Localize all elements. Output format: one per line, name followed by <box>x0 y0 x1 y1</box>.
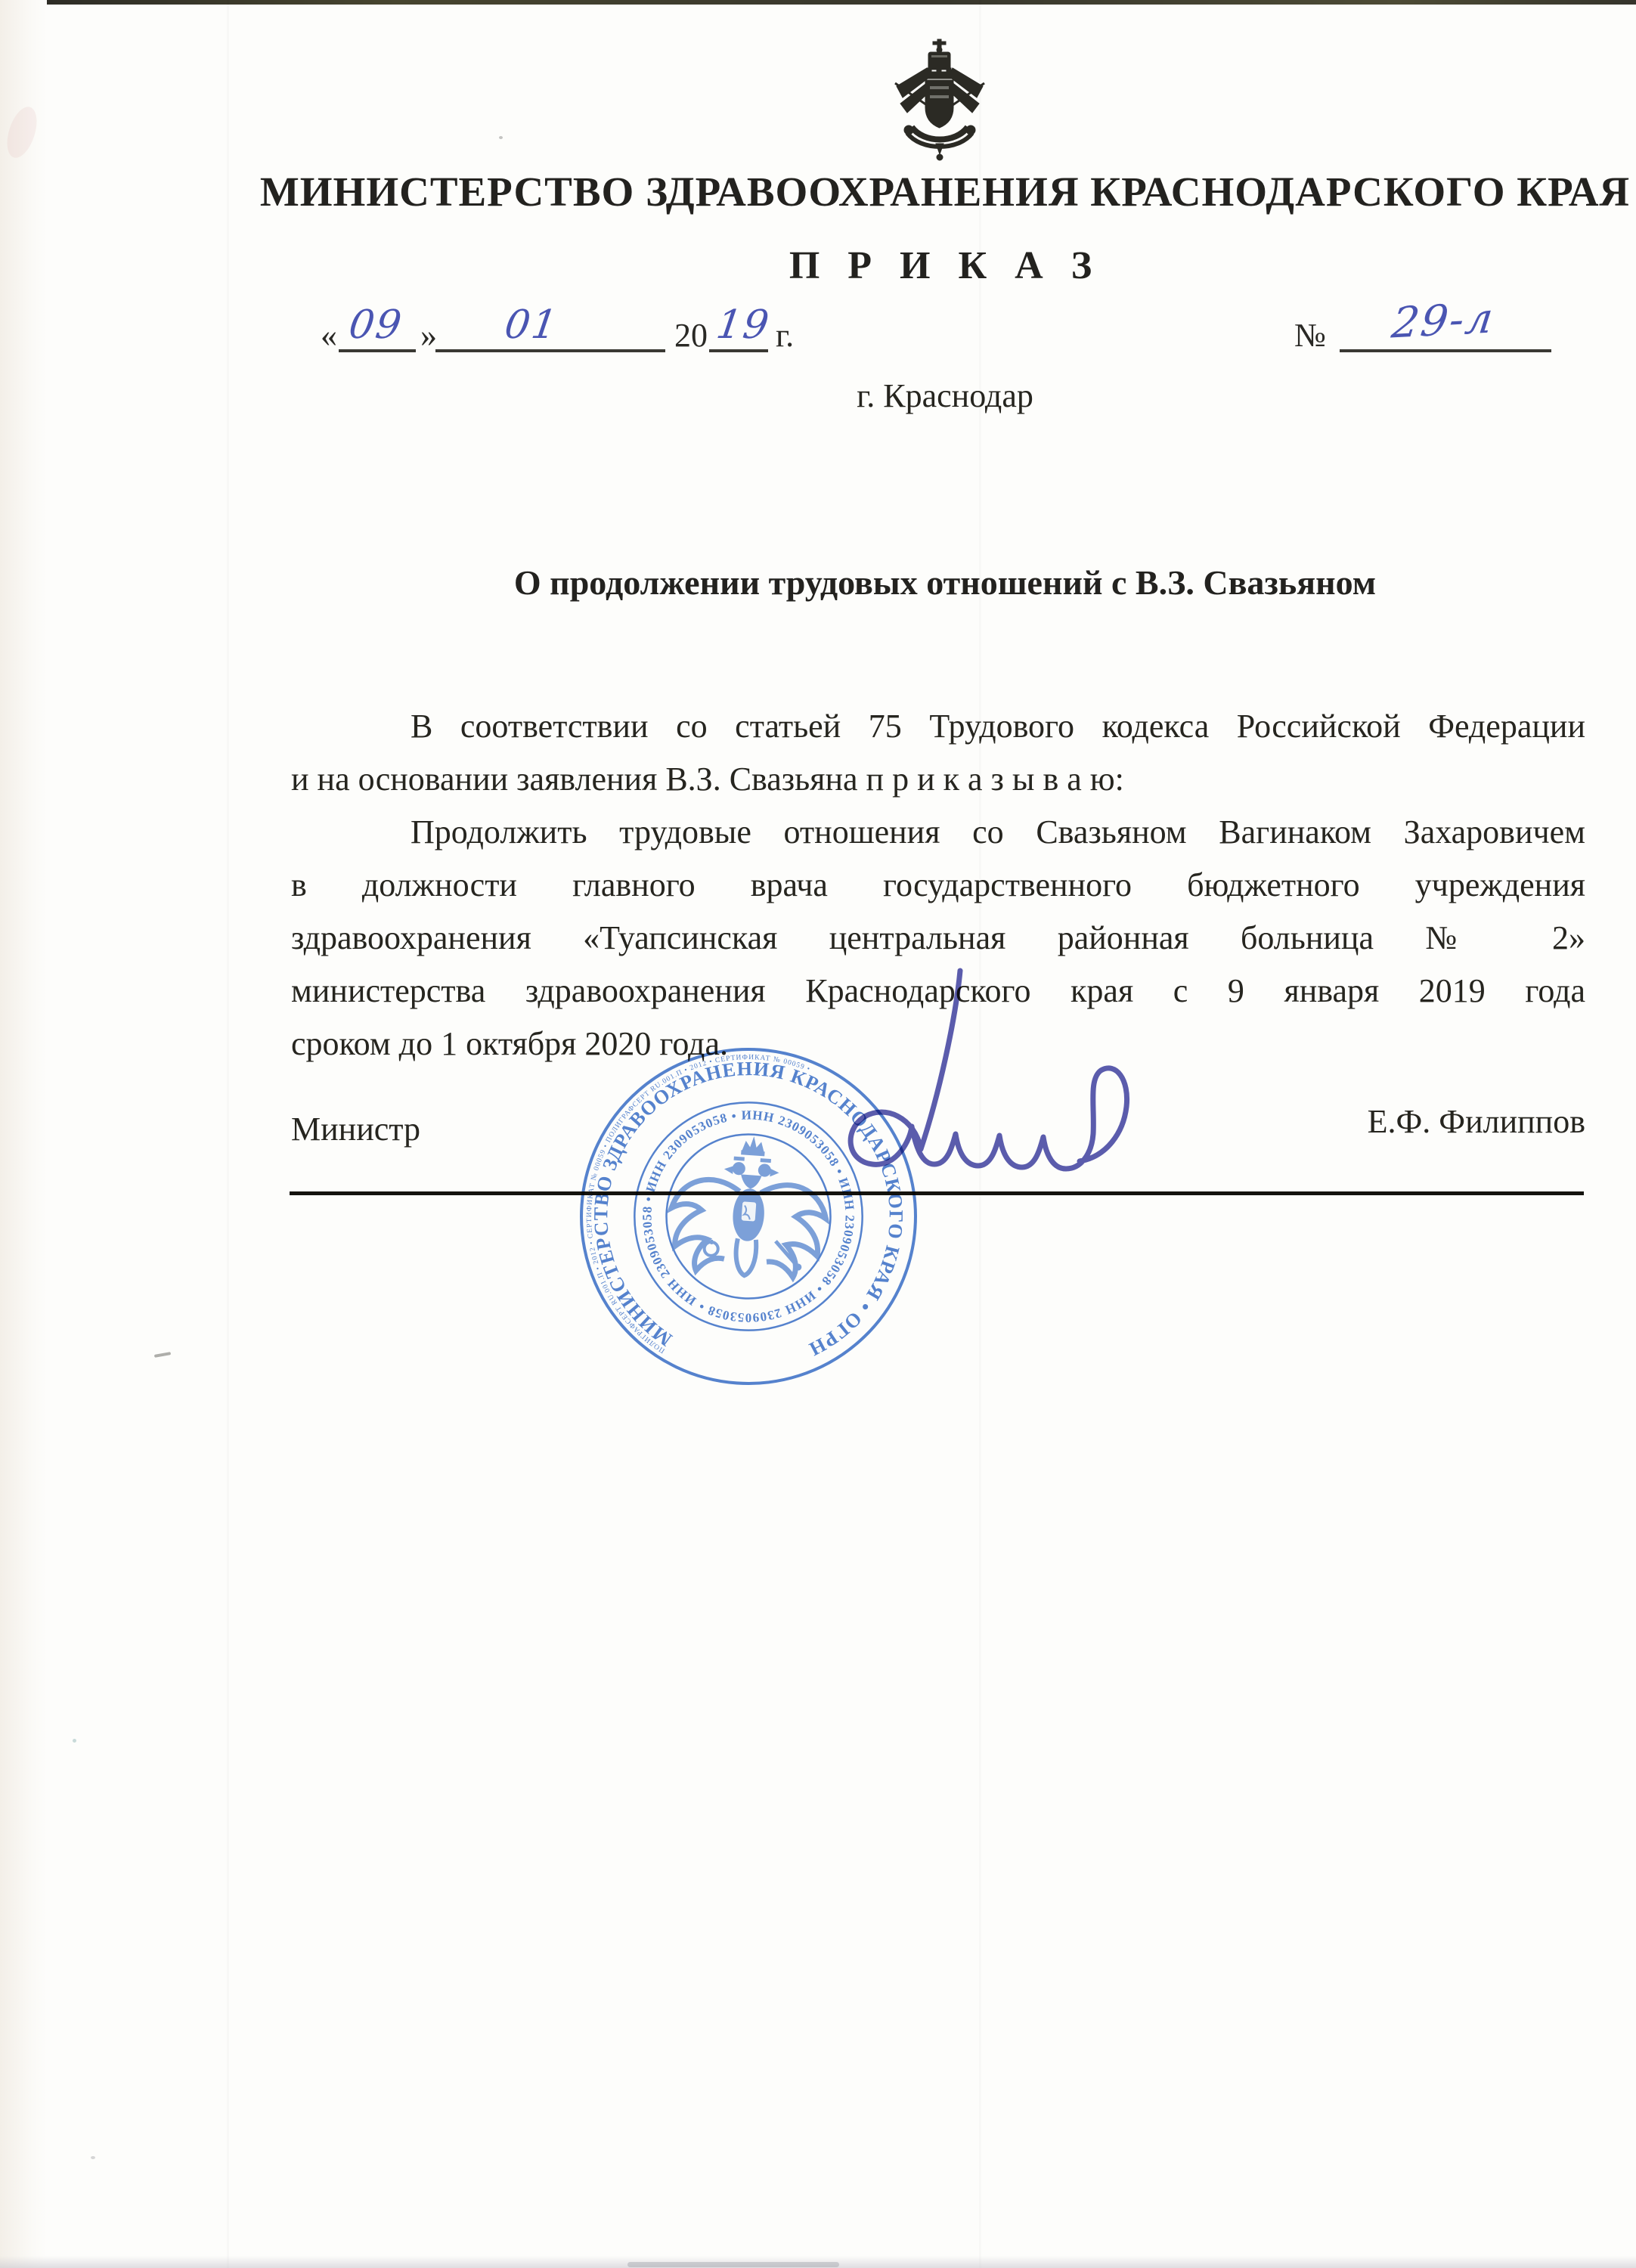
scan-speck <box>91 2156 95 2159</box>
body-line: и на основании заявления В.З. Свазьяна п… <box>291 753 1585 806</box>
minister-signature <box>771 959 1194 1201</box>
scanner-streak <box>227 0 229 2268</box>
scan-top-edge-line <box>47 0 1636 5</box>
number-underline <box>1340 349 1551 352</box>
scanned-order-document: { "page": { "header_title": "МИНИСТЕРСТВ… <box>0 0 1636 2268</box>
date-day-handwritten: 09 <box>346 302 406 348</box>
date-month-underline <box>435 349 665 352</box>
pen-dash-artifact <box>154 1352 171 1358</box>
order-title: П Р И К А З <box>234 243 1636 288</box>
date-year-suffix: г. <box>776 316 794 355</box>
body-line: В соответствии со статьей 75 Трудового к… <box>291 700 1585 753</box>
scan-left-edge-shading <box>0 0 47 2268</box>
scan-speck <box>499 136 503 139</box>
body-line: здравоохранения «Туапсинская центральная… <box>291 912 1585 965</box>
scan-speck <box>73 1739 76 1743</box>
number-label: № <box>1294 316 1326 355</box>
date-day-underline <box>339 349 416 352</box>
krasnodar-crest-emblem <box>891 38 989 168</box>
date-year-handwritten: 19 <box>714 302 773 348</box>
date-year-underline <box>709 349 768 352</box>
body-line: в должности главного врача государственн… <box>291 859 1585 912</box>
date-year-prefix: 20 <box>674 316 708 355</box>
subject-line: О продолжении трудовых отношений с В.З. … <box>234 562 1636 603</box>
date-close-quote: » <box>420 316 437 355</box>
date-month-handwritten: 01 <box>502 302 562 348</box>
signer-position: Министр <box>291 1110 420 1148</box>
city-label: г. Краснодар <box>234 376 1636 415</box>
number-value-handwritten: 29-л <box>1389 294 1497 349</box>
date-open-quote: « <box>321 316 337 355</box>
body-line: Продолжить трудовые отношения со Свазьян… <box>291 806 1585 859</box>
ministry-title: МИНИСТЕРСТВО ЗДРАВООХРАНЕНИЯ КРАСНОДАРСК… <box>234 169 1636 215</box>
scan-bottom-smudge <box>627 2262 839 2267</box>
